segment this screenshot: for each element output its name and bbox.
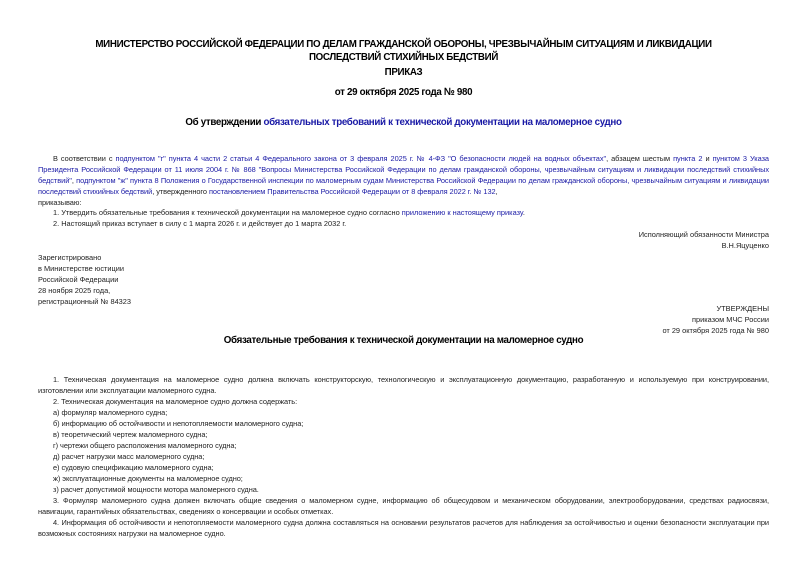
requirement-paragraph: 2. Техническая документация на маломерно…	[38, 396, 769, 407]
requirement-item: г) чертежи общего расположения маломерно…	[38, 440, 769, 451]
registration-block: Зарегистрировано в Министерстве юстиции …	[38, 252, 131, 307]
approval-line: приказом МЧС России	[662, 314, 769, 325]
signatory-name: В.Н.Яцуценко	[639, 240, 769, 251]
requirement-item: в) теоретический чертеж маломерного судн…	[38, 429, 769, 440]
requirement-item: д) расчет нагрузки масс маломерного судн…	[38, 451, 769, 462]
document-subject: Об утверждении обязательных требований к…	[64, 116, 744, 128]
registration-line: Зарегистрировано	[38, 252, 131, 263]
signature-block: Исполняющий обязанности Министра В.Н.Яцу…	[639, 229, 769, 251]
clause-1-end: .	[523, 208, 525, 217]
order-word: приказываю:	[38, 197, 769, 208]
link-annex[interactable]: приложению к настоящему приказу	[402, 208, 523, 217]
preamble-text: ,	[496, 187, 498, 196]
requirement-paragraph: 3. Формуляр маломерного судна должен вкл…	[38, 495, 769, 517]
requirement-item: а) формуляр маломерного судна;	[38, 407, 769, 418]
preamble-text: , утвержденного	[152, 187, 209, 196]
registration-line: в Министерстве юстиции	[38, 263, 131, 274]
requirement-item: е) судовую спецификацию маломерного судн…	[38, 462, 769, 473]
preamble-text: В соответствии с	[53, 154, 116, 163]
link-government-resolution[interactable]: постановлением Правительства Российской …	[209, 187, 496, 196]
subject-prefix: Об утверждении	[185, 116, 263, 128]
link-federal-law[interactable]: подпунктом "г" пункта 4 части 2 статьи 4…	[116, 154, 607, 163]
annex-title: Обязательные требования к технической до…	[64, 334, 744, 346]
preamble-text: и	[702, 154, 712, 163]
approval-stamp: УТВЕРЖДЕНЫ приказом МЧС России от 29 окт…	[662, 303, 769, 336]
link-decree-point-2[interactable]: пункта 2	[673, 154, 702, 163]
registration-line: регистрационный № 84323	[38, 296, 131, 307]
clause-2: 2. Настоящий приказ вступает в силу с 1 …	[53, 219, 346, 228]
requirement-item: з) расчет допустимой мощности мотора мал…	[38, 484, 769, 495]
clause-1-text: 1. Утвердить обязательные требования к т…	[53, 208, 402, 217]
registration-line: Российской Федерации	[38, 274, 131, 285]
approval-line: УТВЕРЖДЕНЫ	[662, 303, 769, 314]
clause-1: 1. Утвердить обязательные требования к т…	[53, 208, 525, 217]
document-date-number: от 29 октября 2025 года № 980	[64, 86, 744, 98]
document-type: ПРИКАЗ	[64, 66, 744, 78]
signatory-position: Исполняющий обязанности Министра	[639, 229, 769, 240]
preamble-text: , абзацем шестым	[606, 154, 673, 163]
ministry-heading: МИНИСТЕРСТВО РОССИЙСКОЙ ФЕДЕРАЦИИ ПО ДЕЛ…	[64, 38, 744, 64]
requirement-item: б) информацию об остойчивости и непотопл…	[38, 418, 769, 429]
requirement-item: ж) эксплуатационные документы на маломер…	[38, 473, 769, 484]
registration-line: 28 ноября 2025 года,	[38, 285, 131, 296]
requirements-body: 1. Техническая документация на маломерно…	[38, 374, 769, 539]
preamble: В соответствии с подпунктом "г" пункта 4…	[38, 153, 769, 208]
requirement-paragraph: 1. Техническая документация на маломерно…	[38, 374, 769, 396]
subject-link[interactable]: обязательных требований к технической до…	[263, 116, 621, 128]
requirement-paragraph: 4. Информация об остойчивости и непотопл…	[38, 517, 769, 539]
